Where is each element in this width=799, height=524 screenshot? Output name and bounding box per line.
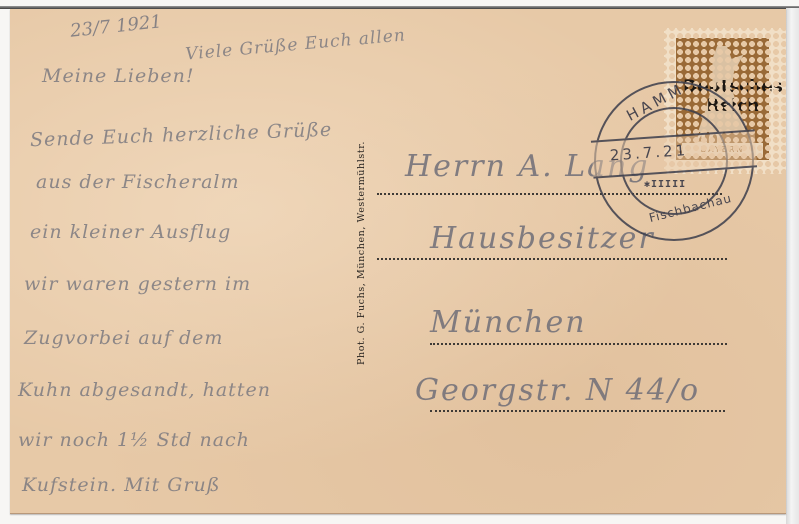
message-line: Kuhn abgesandt, hatten — [18, 379, 271, 401]
message-line: aus der Fischeralm — [36, 171, 240, 193]
postmark-date: 23.7.21 — [609, 141, 688, 164]
message-line: Meine Lieben! — [42, 65, 195, 87]
postmark-date-band: 23.7.21 — [591, 129, 757, 178]
address-line: Hausbesitzer — [430, 221, 655, 256]
postcard: 23/7 1921 Viele Grüße Euch allen Meine L… — [10, 9, 786, 514]
handwritten-header-note: Viele Grüße Euch allen — [185, 25, 407, 64]
message-line: wir noch 1½ Std nach — [18, 429, 250, 451]
address-dotted-line — [377, 258, 727, 260]
message-line: ein kleiner Ausflug — [30, 221, 231, 243]
address-dotted-line — [430, 410, 725, 412]
postmark-stars: ✱IIIII — [644, 179, 686, 190]
scan-right-edge — [786, 8, 799, 524]
message-line: Sende Euch herzliche Grüße — [30, 119, 333, 152]
message-line: Zugvorbei auf dem — [24, 327, 223, 349]
postmark: HAMM 23.7.21 ✱IIIII Fischbachau — [594, 81, 754, 241]
address-dotted-line — [430, 343, 727, 345]
message-line: wir waren gestern im — [24, 273, 251, 295]
message-line: Kufstein. Mit Gruß — [22, 474, 220, 496]
handwritten-date: 23/7 1921 — [69, 11, 163, 41]
photographer-imprint: Phot. G. Fuchs, München, Westermühlstr. — [356, 141, 367, 365]
address-line: Georgstr. N 44/o — [415, 373, 700, 408]
address-line: München — [430, 305, 587, 340]
